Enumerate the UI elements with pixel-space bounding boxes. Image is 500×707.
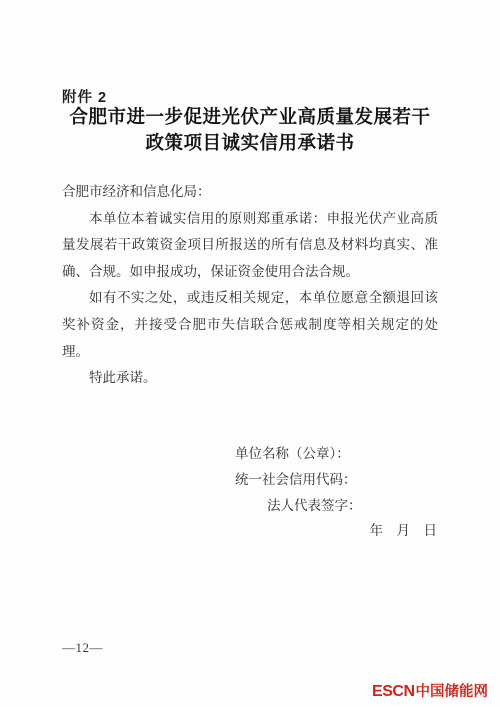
salutation: 合肥市经济和信息化局： [62,179,438,206]
document-body: 合肥市经济和信息化局： 本单位本着诚实信用的原则郑重承诺：申报光伏产业高质量发展… [62,179,438,392]
document-title-line-1: 合肥市进一步促进光伏产业高质量发展若干 [62,105,438,131]
document-title: 合肥市进一步促进光伏产业高质量发展若干 政策项目诚实信用承诺书 [62,105,438,157]
document-title-line-2: 政策项目诚实信用承诺书 [62,131,438,157]
signature-block: 单位名称（公章）： 统一社会信用代码： 法人代表签字： 年 月 日 [235,441,437,544]
escn-logo-latin-text: ESCN [372,683,414,701]
escn-logo-cjk-text: 中国储能网 [416,680,489,701]
page-number: —12— [62,640,103,656]
document-page: 附件 2 合肥市进一步促进光伏产业高质量发展若干 政策项目诚实信用承诺书 合肥市… [0,0,500,707]
unit-name-label: 单位名称（公章）： [235,441,437,467]
paragraph-closing: 特此承诺。 [62,365,438,392]
legal-representative-label: 法人代表签字： [235,493,437,519]
date-placeholder: 年 月 日 [235,518,437,544]
escn-watermark-logo: ESCN 中国储能网 [372,680,488,701]
paragraph-commitment: 本单位本着诚实信用的原则郑重承诺：申报光伏产业高质量发展若干政策资金项目所报送的… [62,206,438,286]
credit-code-label: 统一社会信用代码： [235,467,437,493]
attachment-label: 附件 2 [62,86,107,107]
paragraph-penalty: 如有不实之处，或违反相关规定，本单位愿意全额退回该奖补资金，并接受合肥市失信联合… [62,285,438,365]
